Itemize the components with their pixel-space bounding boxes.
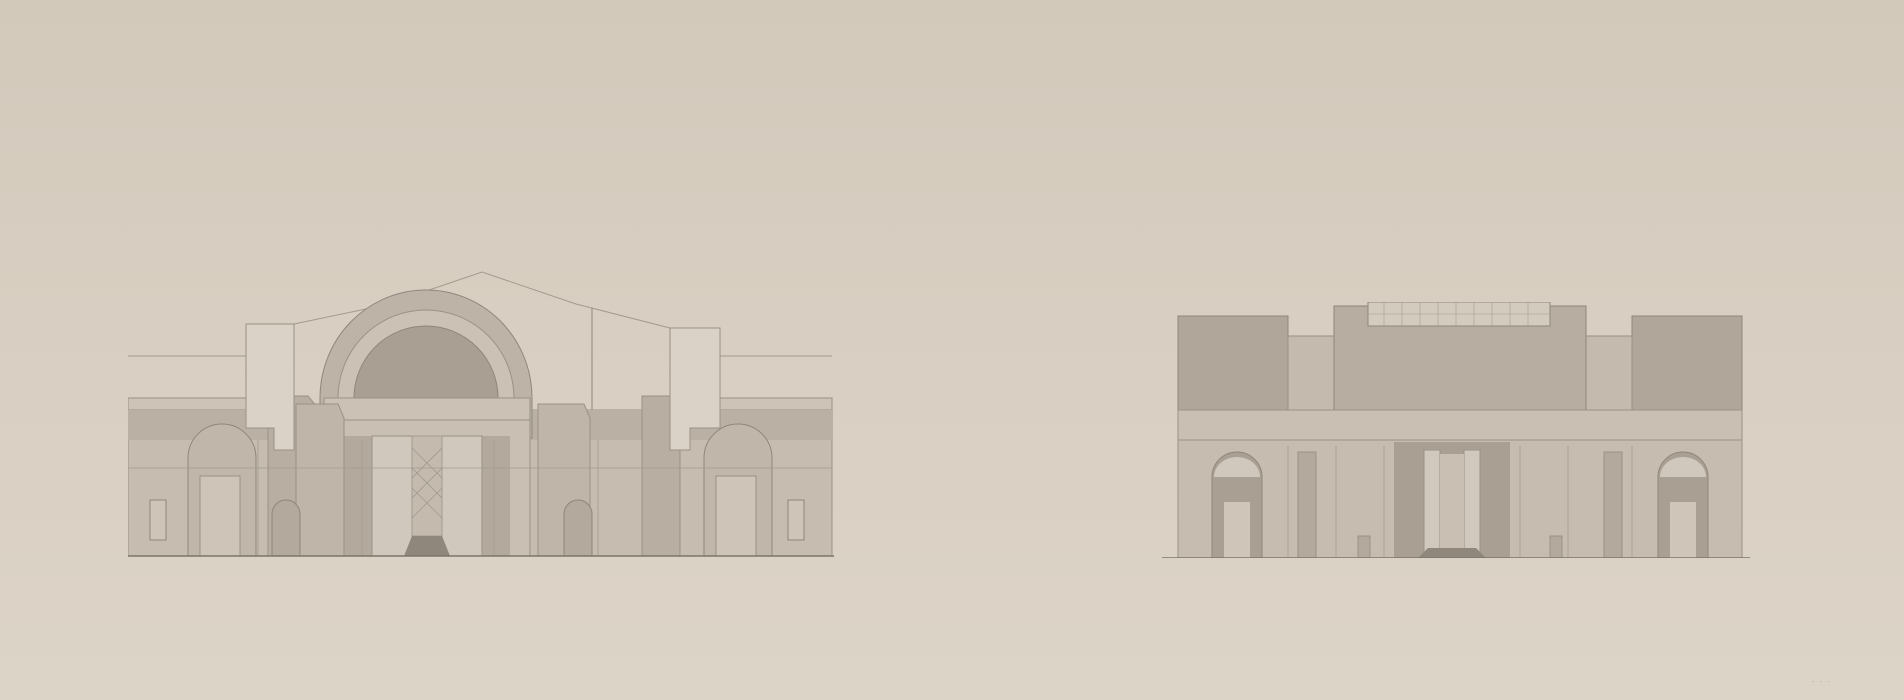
drawing-sheet: · · · [0, 0, 1904, 700]
right-section-drawing [1162, 302, 1750, 558]
left-section-drawing [128, 268, 834, 558]
signature: · · · [1812, 676, 1831, 686]
